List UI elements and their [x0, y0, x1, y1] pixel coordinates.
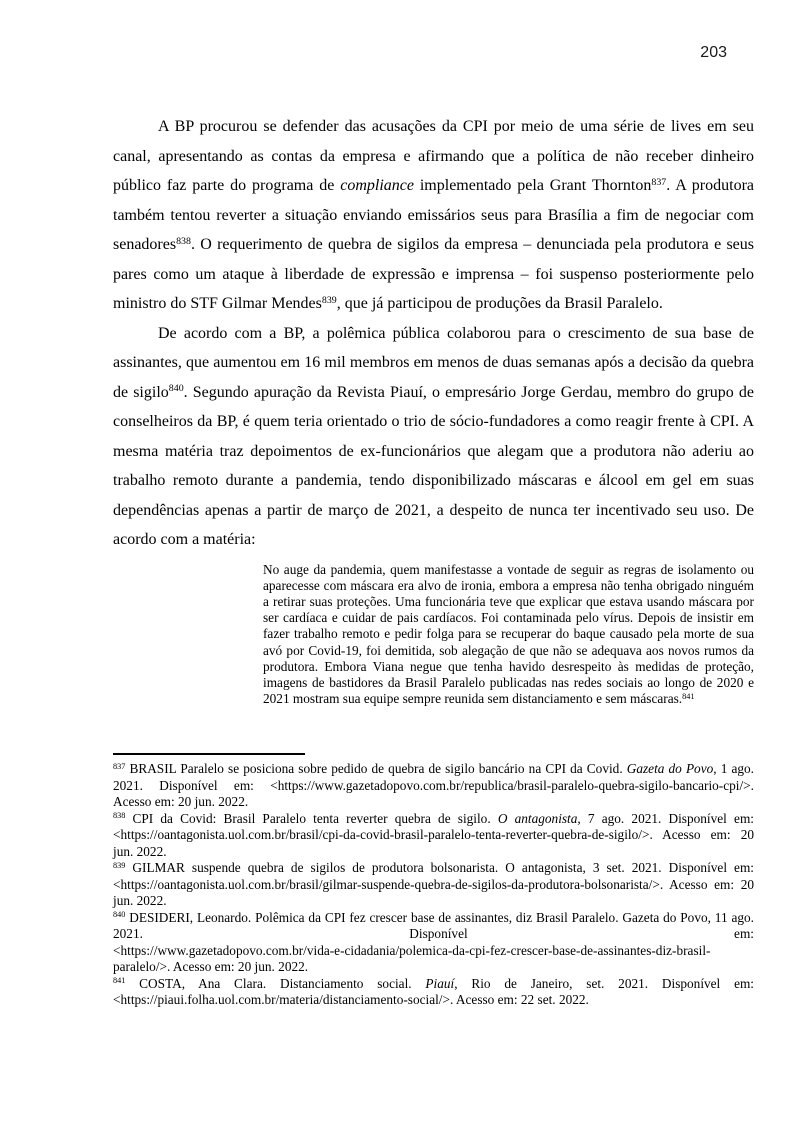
footnote-840: 840 DESIDERI, Leonardo. Polêmica da CPI … — [113, 910, 754, 976]
body-paragraph-1: A BP procurou se defender das acusações … — [113, 112, 754, 319]
footnote-839: 839 GILMAR suspende quebra de sigilos de… — [113, 860, 754, 910]
footnote-837: 837 BRASIL Paralelo se posiciona sobre p… — [113, 761, 754, 811]
page-number: 203 — [700, 44, 727, 62]
block-quote: No auge da pandemia, quem manifestasse a… — [263, 562, 754, 708]
page-content: A BP procurou se defender das acusações … — [113, 112, 754, 1009]
footnotes-section: 837 BRASIL Paralelo se posiciona sobre p… — [113, 761, 754, 1009]
footnote-841: 841 COSTA, Ana Clara. Distanciamento soc… — [113, 976, 754, 1009]
document-page: 203 A BP procurou se defender das acusaç… — [0, 0, 800, 1130]
body-paragraph-2: De acordo com a BP, a polêmica pública c… — [113, 319, 754, 555]
footnote-separator — [113, 753, 305, 755]
footnote-838: 838 CPI da Covid: Brasil Paralelo tenta … — [113, 811, 754, 861]
